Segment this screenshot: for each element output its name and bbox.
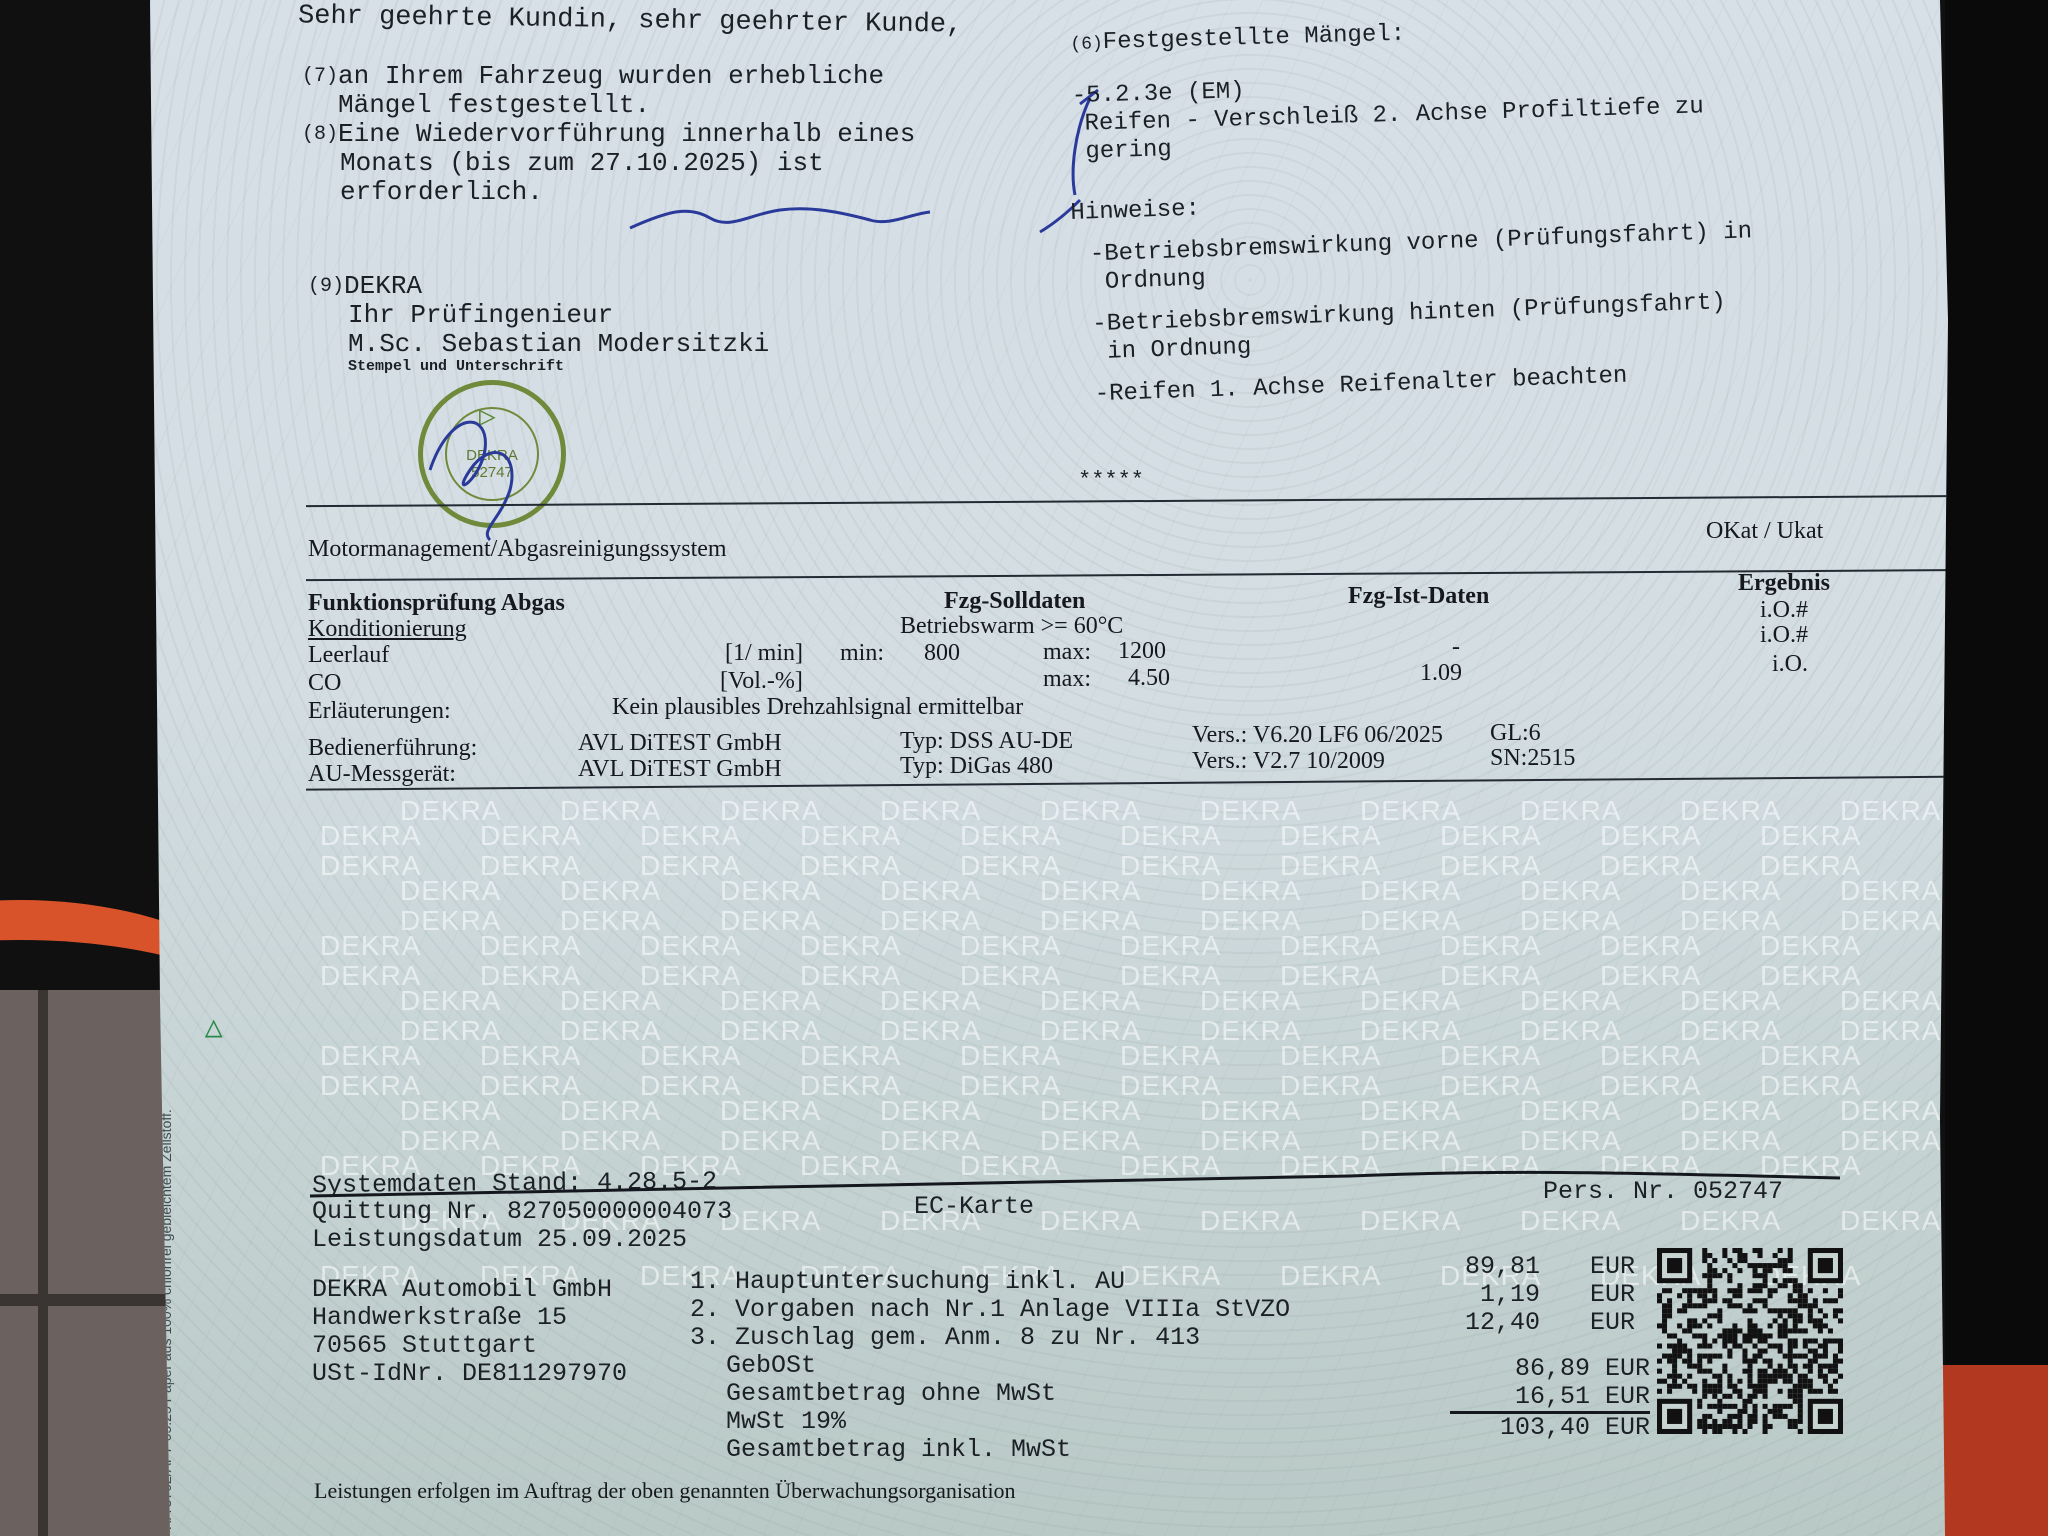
watermark: DEKRA <box>1040 1205 1141 1237</box>
watermark: DEKRA <box>1520 795 1621 827</box>
watermark: DEKRA <box>1360 1125 1461 1157</box>
inspector-block: (9)DEKRA Ihr Prüfingenieur M.Sc. Sebasti… <box>308 272 769 375</box>
watermark: DEKRA <box>720 875 821 907</box>
column-header-target: Fzg-Solldaten <box>944 588 1085 615</box>
watermark: DEKRA <box>1600 850 1701 882</box>
defects-number: (6) <box>1070 34 1103 55</box>
watermark: DEKRA <box>1840 875 1941 907</box>
net-label: Gesamtbetrag ohne MwSt <box>690 1380 1290 1408</box>
company-address: DEKRA Automobil GmbH Handwerkstraße 15 7… <box>312 1276 627 1388</box>
watermark: DEKRA <box>480 850 581 882</box>
max-value: 4.50 <box>1128 665 1170 692</box>
watermark: DEKRA <box>1120 930 1221 962</box>
watermark: DEKRA <box>800 1070 901 1102</box>
watermark: DEKRA <box>960 1150 1061 1182</box>
background-pavement <box>0 990 170 1536</box>
watermark: DEKRA <box>1760 1070 1861 1102</box>
watermark: DEKRA <box>1440 960 1541 992</box>
watermark: DEKRA <box>320 960 421 992</box>
watermark: DEKRA <box>320 850 421 882</box>
service-date: Leistungsdatum 25.09.2025 <box>312 1226 687 1254</box>
watermark: DEKRA <box>1760 1040 1861 1072</box>
column-header-actual: Fzg-Ist-Daten <box>1348 583 1489 610</box>
min-value: 800 <box>924 640 960 667</box>
watermark: DEKRA <box>1360 795 1461 827</box>
stamp-number: 52747 <box>447 464 537 481</box>
watermark: DEKRA <box>800 930 901 962</box>
watermark: DEKRA <box>320 1040 421 1072</box>
receipt-number: Quittung Nr. 827050000004073 <box>312 1198 732 1226</box>
note-text: erforderlich. <box>302 178 915 207</box>
note-7: (7)an Ihrem Fahrzeug wurden erhebliche M… <box>302 62 884 120</box>
end-marker: ***** <box>1078 468 1144 493</box>
totals: 86,89 EUR 16,51 EUR 103,40 EUR <box>1450 1355 1650 1442</box>
watermark: DEKRA <box>400 905 501 937</box>
watermark: DEKRA <box>1360 985 1461 1017</box>
divider <box>306 495 1950 507</box>
watermark: DEKRA <box>960 1040 1061 1072</box>
line-item-amounts: 89,81 1,19 12,40 <box>1430 1253 1540 1337</box>
watermark: DEKRA <box>1200 985 1301 1017</box>
watermark: DEKRA <box>960 960 1061 992</box>
watermark: DEKRA <box>800 1040 901 1072</box>
watermark: DEKRA <box>1040 795 1141 827</box>
watermark: DEKRA <box>560 1095 661 1127</box>
inspection-report-paper: DEKRADEKRADEKRADEKRADEKRADEKRADEKRADEKRA… <box>150 0 1950 1536</box>
result-value: i.O.# <box>1760 622 1808 649</box>
watermark: DEKRA <box>400 875 501 907</box>
watermark: DEKRA <box>1600 960 1701 992</box>
watermark: DEKRA <box>1760 850 1861 882</box>
watermark: DEKRA <box>1840 985 1941 1017</box>
watermark: DEKRA <box>880 985 981 1017</box>
device-extra: GL:6 <box>1490 720 1541 747</box>
device-type: Typ: DiGas 480 <box>900 753 1053 780</box>
actual-value: - <box>1452 634 1460 661</box>
watermark: DEKRA <box>1040 1095 1141 1127</box>
row-label: CO <box>308 670 341 697</box>
line-item-label: 2. Vorgaben nach Nr.1 Anlage VIIIa StVZO <box>690 1296 1290 1324</box>
watermark: DEKRA <box>1840 1205 1941 1237</box>
watermark: DEKRA <box>480 1040 581 1072</box>
device-extra: SN:2515 <box>1490 745 1575 772</box>
watermark: DEKRA <box>720 985 821 1017</box>
watermark: DEKRA <box>480 930 581 962</box>
result-value: i.O.# <box>1760 597 1808 624</box>
watermark: DEKRA <box>720 1015 821 1047</box>
qr-code <box>1655 1248 1845 1434</box>
watermark: DEKRA <box>1120 1150 1221 1182</box>
watermark: DEKRA <box>720 905 821 937</box>
watermark: DEKRA <box>640 1040 741 1072</box>
watermark: DEKRA <box>1840 1095 1941 1127</box>
remarks-text: Kein plausibles Drehzahlsignal ermittelb… <box>612 694 1023 721</box>
watermark: DEKRA <box>1520 1125 1621 1157</box>
watermark: DEKRA <box>1360 1015 1461 1047</box>
note-number: (7) <box>302 65 338 88</box>
watermark: DEKRA <box>1280 930 1381 962</box>
stamp-caption: Stempel und Unterschrift <box>308 359 769 375</box>
section-title: Motormanagement/Abgasreinigungssystem <box>308 536 727 563</box>
watermark: DEKRA <box>1600 820 1701 852</box>
watermark: DEKRA <box>560 795 661 827</box>
watermark: DEKRA <box>640 930 741 962</box>
watermark: DEKRA <box>1840 1015 1941 1047</box>
line-items: 1. Hauptuntersuchung inkl. AU 2. Vorgabe… <box>690 1268 1290 1464</box>
note-8: (8)Eine Wiedervorführung innerhalb eines… <box>302 120 915 207</box>
watermark: DEKRA <box>640 850 741 882</box>
fee-label: GebOSt <box>690 1352 1290 1380</box>
note-text: an Ihrem Fahrzeug wurden erhebliche <box>338 61 884 91</box>
watermark: DEKRA <box>960 1070 1061 1102</box>
watermark: DEKRA <box>880 1095 981 1127</box>
watermark: DEKRA <box>480 820 581 852</box>
watermark: DEKRA <box>1520 1095 1621 1127</box>
watermark: DEKRA <box>1280 1150 1381 1182</box>
watermark: DEKRA <box>1760 930 1861 962</box>
watermark: DEKRA <box>400 985 501 1017</box>
watermark: DEKRA <box>1600 1070 1701 1102</box>
watermark: DEKRA <box>1680 1015 1781 1047</box>
actual-value: 1.09 <box>1420 660 1462 687</box>
note-text: Mängel festgestellt. <box>302 91 884 120</box>
watermark: DEKRA <box>1040 985 1141 1017</box>
watermark: DEKRA <box>1280 850 1381 882</box>
device-version: Vers.: V6.20 LF6 06/2025 <box>1192 722 1443 749</box>
watermark: DEKRA <box>720 795 821 827</box>
net-amount: 86,89 EUR <box>1450 1355 1650 1383</box>
note-text: Monats (bis zum 27.10.2025) ist <box>302 149 915 178</box>
watermark: DEKRA <box>560 1125 661 1157</box>
watermark: DEKRA <box>400 1015 501 1047</box>
watermark: DEKRA <box>560 985 661 1017</box>
watermark: DEKRA <box>1120 850 1221 882</box>
watermark: DEKRA <box>320 820 421 852</box>
watermark: DEKRA <box>720 1095 821 1127</box>
watermark: DEKRA <box>1840 795 1941 827</box>
gross-label: Gesamtbetrag inkl. MwSt <box>690 1436 1290 1464</box>
payment-method: EC-Karte <box>914 1193 1034 1221</box>
watermark: DEKRA <box>1520 1205 1621 1237</box>
device-version: Vers.: V2.7 10/2009 <box>1192 748 1385 775</box>
watermark: DEKRA <box>1200 905 1301 937</box>
watermark: DEKRA <box>1200 875 1301 907</box>
watermark: DEKRA <box>1520 875 1621 907</box>
max-label: max: <box>1043 639 1091 666</box>
watermark: DEKRA <box>1040 875 1141 907</box>
device-label: AU-Messgerät: <box>308 761 456 788</box>
watermark: DEKRA <box>1040 1015 1141 1047</box>
watermark: DEKRA <box>560 905 661 937</box>
personnel-number: Pers. Nr. 052747 <box>1543 1178 1783 1206</box>
watermark: DEKRA <box>400 1095 501 1127</box>
watermark: DEKRA <box>1680 795 1781 827</box>
watermark: DEKRA <box>880 1125 981 1157</box>
organization: DEKRA <box>344 271 422 301</box>
watermark: DEKRA <box>1840 905 1941 937</box>
vat-label: MwSt 19% <box>690 1408 1290 1436</box>
watermark: DEKRA <box>1040 905 1141 937</box>
watermark: DEKRA <box>1680 1205 1781 1237</box>
watermark: DEKRA <box>1120 1040 1221 1072</box>
watermark: DEKRA <box>960 930 1061 962</box>
watermark: DEKRA <box>720 1205 821 1237</box>
watermark: DEKRA <box>880 875 981 907</box>
watermark: DEKRA <box>480 1070 581 1102</box>
watermark: DEKRA <box>1200 1125 1301 1157</box>
watermark: DEKRA <box>880 795 981 827</box>
background-orange-right <box>1930 1365 2048 1536</box>
stamp-org: DEKRA <box>447 447 537 464</box>
watermark: DEKRA <box>1120 1070 1221 1102</box>
unit: [Vol.-%] <box>720 668 803 695</box>
watermark: DEKRA <box>800 960 901 992</box>
device-maker: AVL DiTEST GmbH <box>578 756 782 783</box>
watermark: DEKRA <box>1440 850 1541 882</box>
watermark: DEKRA <box>1360 1095 1461 1127</box>
gross-amount: 103,40 EUR <box>1450 1411 1650 1442</box>
max-label: max: <box>1043 666 1091 693</box>
watermark: DEKRA <box>1600 1040 1701 1072</box>
watermark: DEKRA <box>800 1150 901 1182</box>
watermark: DEKRA <box>1280 1070 1381 1102</box>
watermark: DEKRA <box>1280 1260 1381 1292</box>
dekra-logo-icon: ▷ <box>195 1019 232 1037</box>
watermark: DEKRA <box>320 1070 421 1102</box>
watermark: DEKRA <box>1520 1015 1621 1047</box>
system-data: Systemdaten Stand: 4.28.5-2 <box>312 1168 717 1200</box>
watermark: DEKRA <box>1200 1015 1301 1047</box>
watermark: DEKRA <box>640 1070 741 1102</box>
watermark: DEKRA <box>560 1015 661 1047</box>
watermark: DEKRA <box>1760 960 1861 992</box>
target-value: Betriebswarm >= 60°C <box>900 613 1123 640</box>
notes-section: Hinweise: -Betriebsbremswirkung vorne (P… <box>1070 176 1757 410</box>
watermark: DEKRA <box>400 795 501 827</box>
test-title: Funktionsprüfung Abgas <box>308 590 565 617</box>
watermark: DEKRA <box>1680 1095 1781 1127</box>
watermark: DEKRA <box>1280 960 1381 992</box>
note-number: (9) <box>308 275 344 298</box>
max-value: 1200 <box>1118 638 1166 665</box>
watermark: DEKRA <box>1520 905 1621 937</box>
vat-amount: 16,51 EUR <box>1450 1383 1650 1411</box>
notes-heading: Hinweise: <box>1070 176 1751 228</box>
watermark: DEKRA <box>640 960 741 992</box>
device-maker: AVL DiTEST GmbH <box>578 730 782 757</box>
watermark: DEKRA <box>1120 960 1221 992</box>
watermark: DEKRA <box>1760 820 1861 852</box>
watermark: DEKRA <box>480 960 581 992</box>
watermark: DEKRA <box>1280 1040 1381 1072</box>
note-item: -Betriebsbremswirkung hinten (Prüfungsfa… <box>1074 288 1756 368</box>
line-item-label: 3. Zuschlag gem. Anm. 8 zu Nr. 413 <box>690 1324 1290 1352</box>
divider <box>306 569 1950 581</box>
watermark: DEKRA <box>1600 930 1701 962</box>
remarks-label: Erläuterungen: <box>308 698 451 725</box>
category-label: OKat / Ukat <box>1706 518 1823 545</box>
engineer-title: Ihr Prüfingenieur <box>308 301 769 330</box>
watermark: DEKRA <box>640 820 741 852</box>
watermark: DEKRA <box>1520 985 1621 1017</box>
watermark: DEKRA <box>800 820 901 852</box>
watermark: DEKRA <box>1200 795 1301 827</box>
device-label: Bedienerführung: <box>308 735 477 762</box>
watermark: DEKRA <box>800 850 901 882</box>
footer-note: Leistungen erfolgen im Auftrag der oben … <box>314 1478 1016 1504</box>
watermark: DEKRA <box>880 905 981 937</box>
note-item: -Reifen 1. Achse Reifenalter beachten <box>1076 358 1757 410</box>
watermark: DEKRA <box>1440 930 1541 962</box>
background-dark-right <box>1945 0 2048 1365</box>
defects-heading: Festgestellte Mängel: <box>1102 21 1405 56</box>
column-header-result: Ergebnis <box>1738 570 1830 597</box>
watermark: DEKRA <box>1360 1205 1461 1237</box>
watermark: DEKRA <box>1440 820 1541 852</box>
divider <box>306 775 1950 790</box>
row-label: Konditionierung <box>308 616 467 643</box>
watermark: DEKRA <box>1440 1070 1541 1102</box>
watermark: DEKRA <box>1680 985 1781 1017</box>
watermark: DEKRA <box>1280 820 1381 852</box>
unit: [1/ min] <box>725 640 803 667</box>
device-type: Typ: DSS AU-DE <box>900 728 1073 755</box>
stamp-center: DEKRA 52747 <box>445 407 539 501</box>
defects-section: (6)Festgestellte Mängel: -5.2.3e (EM) Re… <box>1070 12 1705 167</box>
watermark: DEKRA <box>400 1125 501 1157</box>
row-label: Leerlauf <box>308 642 389 669</box>
watermark: DEKRA <box>1680 905 1781 937</box>
watermark: DEKRA <box>320 930 421 962</box>
note-number: (8) <box>302 123 338 146</box>
watermark: DEKRA <box>1040 1125 1141 1157</box>
watermark: DEKRA <box>1200 1205 1301 1237</box>
watermark: DEKRA <box>560 875 661 907</box>
watermark: DEKRA <box>1440 1150 1541 1182</box>
watermark: DEKRA <box>1360 875 1461 907</box>
watermark: DEKRA <box>1680 875 1781 907</box>
salutation: Sehr geehrte Kundin, sehr geehrter Kunde… <box>298 1 963 40</box>
watermark: DEKRA <box>880 1015 981 1047</box>
line-item-label: 1. Hauptuntersuchung inkl. AU <box>690 1268 1290 1296</box>
engineer-name: M.Sc. Sebastian Modersitzki <box>308 330 769 359</box>
line-item-currencies: EUR EUR EUR <box>1590 1253 1635 1337</box>
watermark: DEKRA <box>1120 820 1221 852</box>
note-item: -Betriebsbremswirkung vorne (Prüfungsfah… <box>1071 218 1753 298</box>
watermark: DEKRA <box>960 820 1061 852</box>
watermark: DEKRA <box>1200 1095 1301 1127</box>
watermark: DEKRA <box>960 850 1061 882</box>
watermark: DEKRA <box>1840 1125 1941 1157</box>
min-label: min: <box>840 640 884 667</box>
result-value: i.O. <box>1772 651 1808 678</box>
watermark: DEKRA <box>720 1125 821 1157</box>
note-text: Eine Wiedervorführung innerhalb eines <box>338 119 915 149</box>
watermark: DEKRA <box>1440 1040 1541 1072</box>
watermark: DEKRA <box>1360 905 1461 937</box>
watermark: DEKRA <box>1680 1125 1781 1157</box>
